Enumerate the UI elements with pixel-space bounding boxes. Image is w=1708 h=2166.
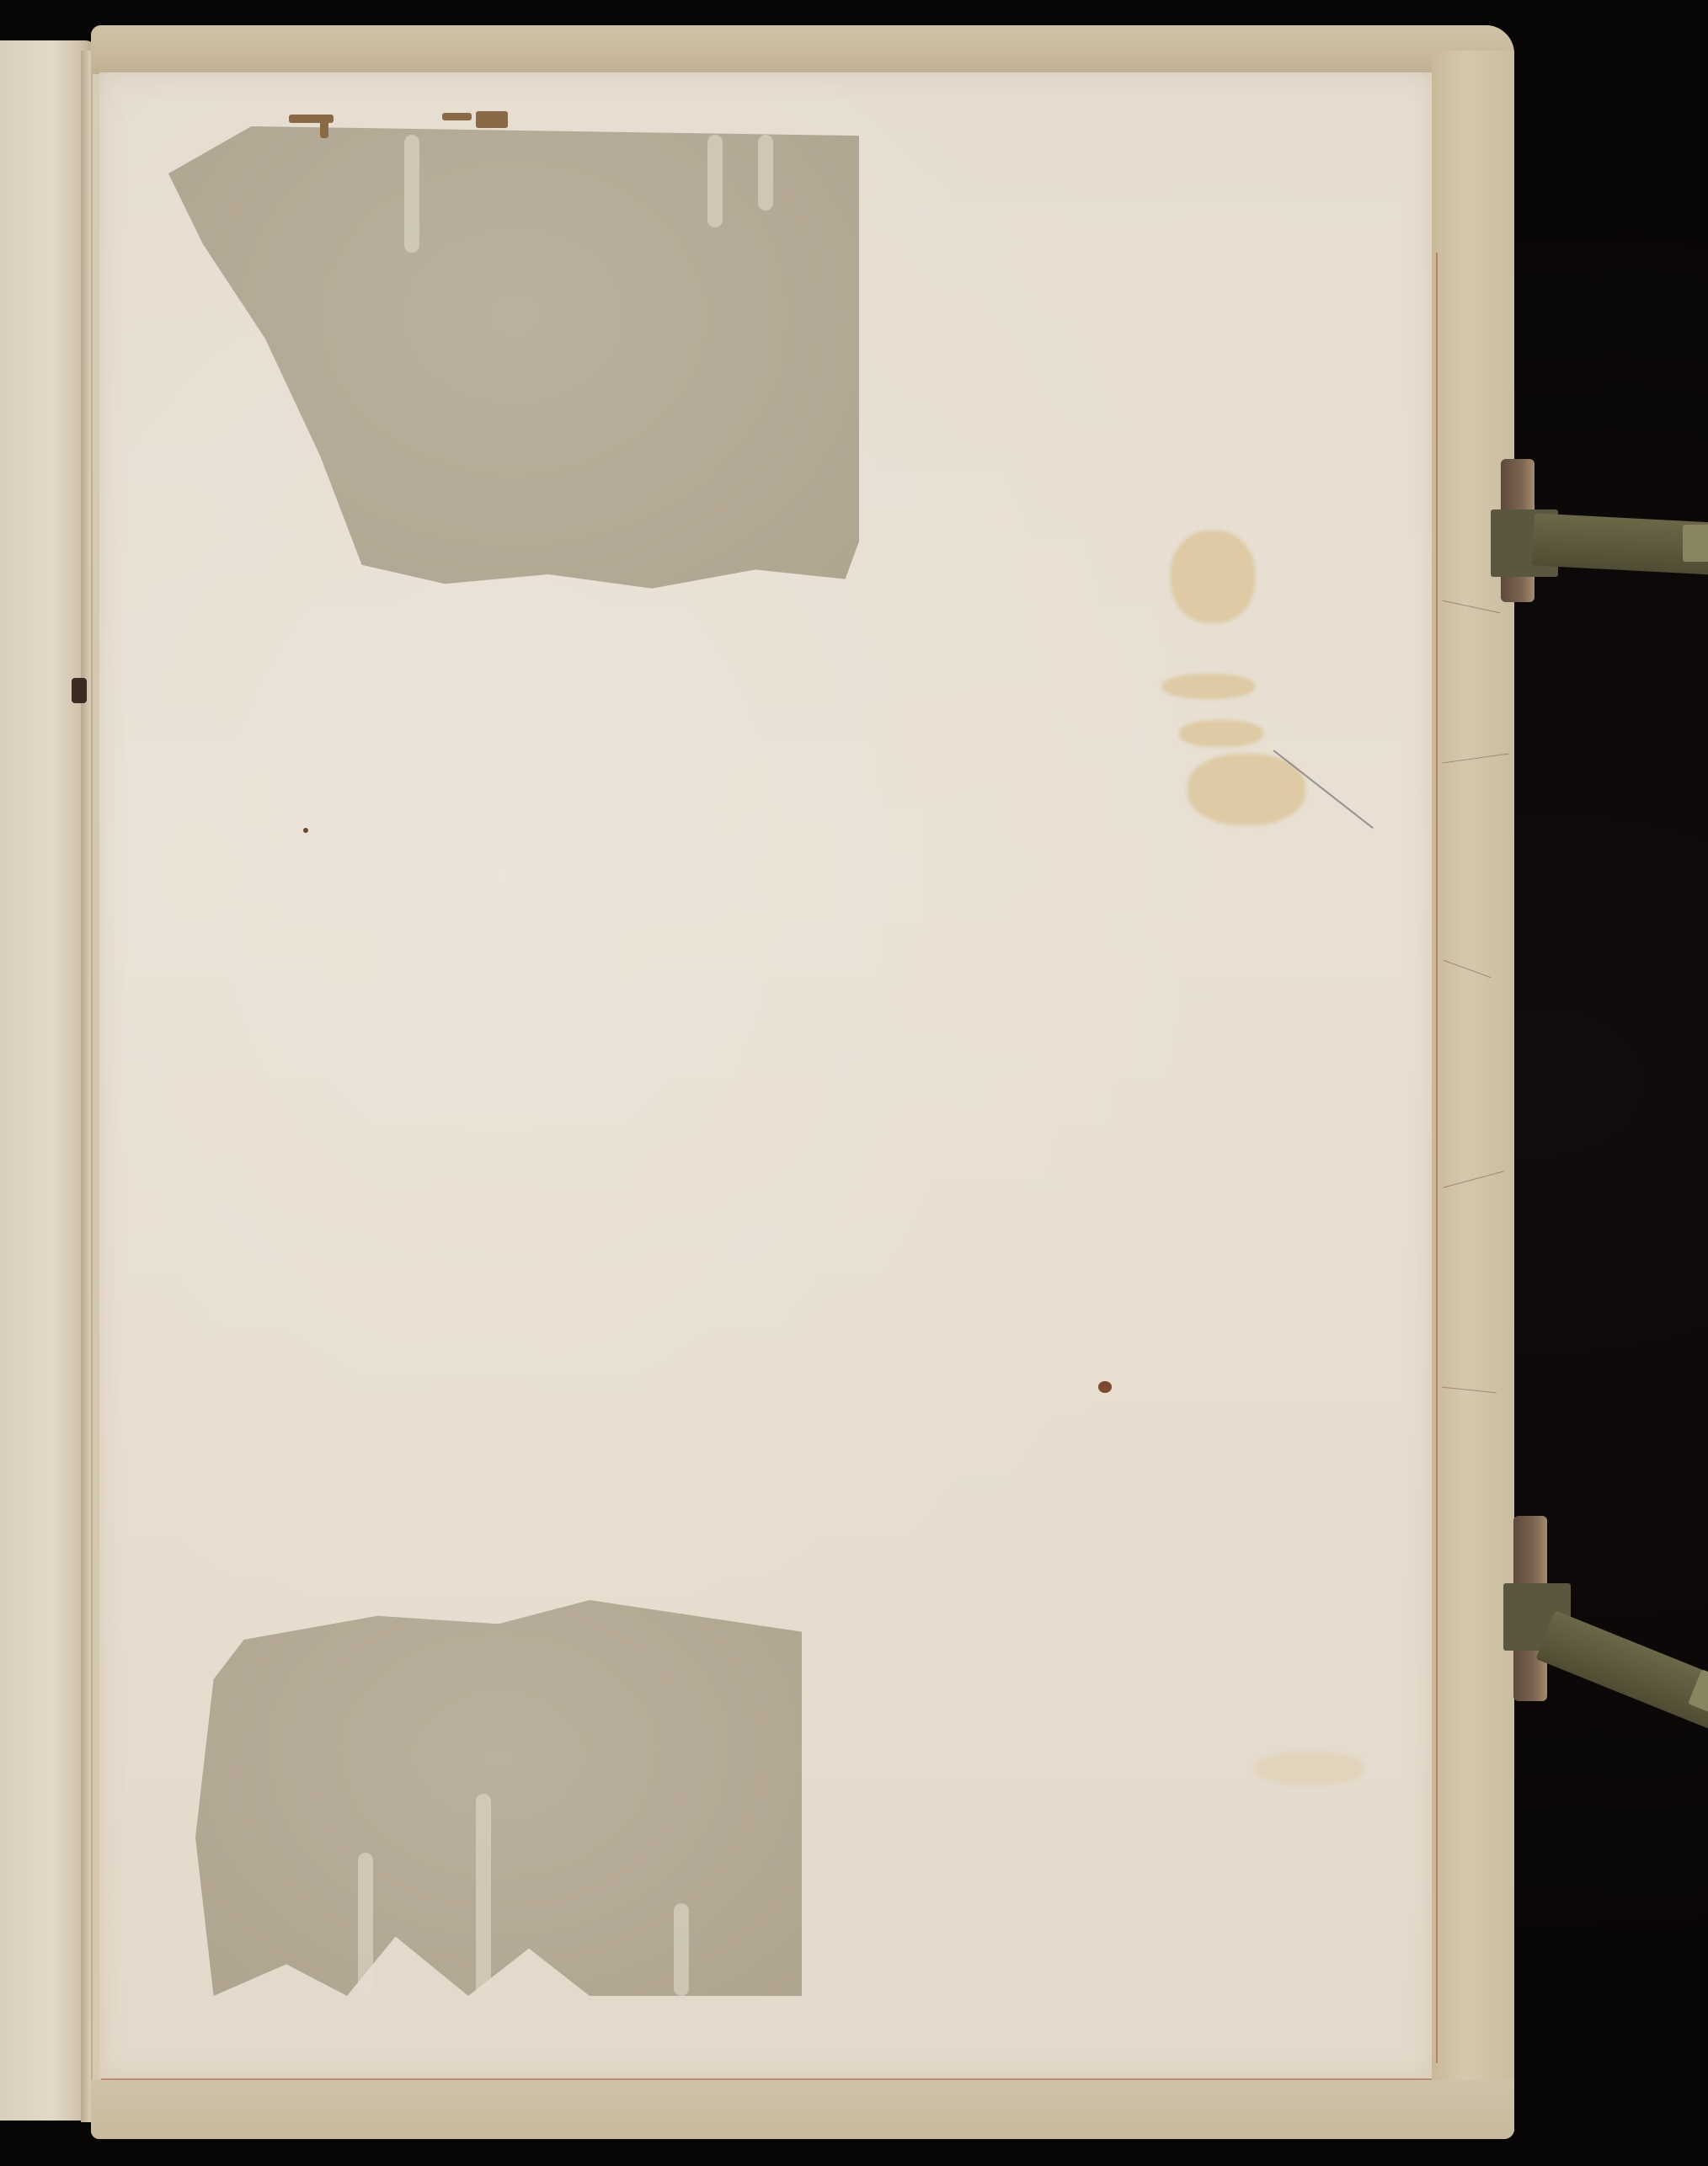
- brown-fragment: [476, 111, 508, 128]
- light-streak: [358, 1853, 373, 1996]
- faint-stain: [1255, 1752, 1364, 1785]
- vellum-turn-in-bottom: [91, 2080, 1514, 2139]
- tide-stain: [1171, 531, 1255, 623]
- brown-fragment: [442, 113, 472, 120]
- vellum-turn-in-fore-edge: [1432, 51, 1514, 2131]
- brown-fragment: [320, 118, 328, 138]
- clasp-strap: [1532, 513, 1708, 574]
- clasp-strap-tip: [1683, 525, 1708, 562]
- tide-stain: [1179, 720, 1263, 747]
- gutter-hole: [72, 678, 87, 703]
- light-streak: [758, 135, 773, 211]
- light-streak: [707, 135, 723, 227]
- tide-stain: [1162, 674, 1255, 699]
- red-edge-line-bottom: [101, 2078, 1432, 2080]
- red-edge-line-right: [1436, 253, 1438, 2063]
- brown-spot: [1098, 1381, 1112, 1393]
- light-streak: [476, 1794, 491, 1996]
- light-streak: [674, 1903, 689, 1996]
- paper-residue-patch-bottom: [195, 1600, 802, 1996]
- small-spot: [303, 828, 308, 833]
- light-streak: [404, 135, 419, 253]
- tide-stain: [1188, 754, 1305, 825]
- vellum-turn-in-top: [91, 25, 1514, 74]
